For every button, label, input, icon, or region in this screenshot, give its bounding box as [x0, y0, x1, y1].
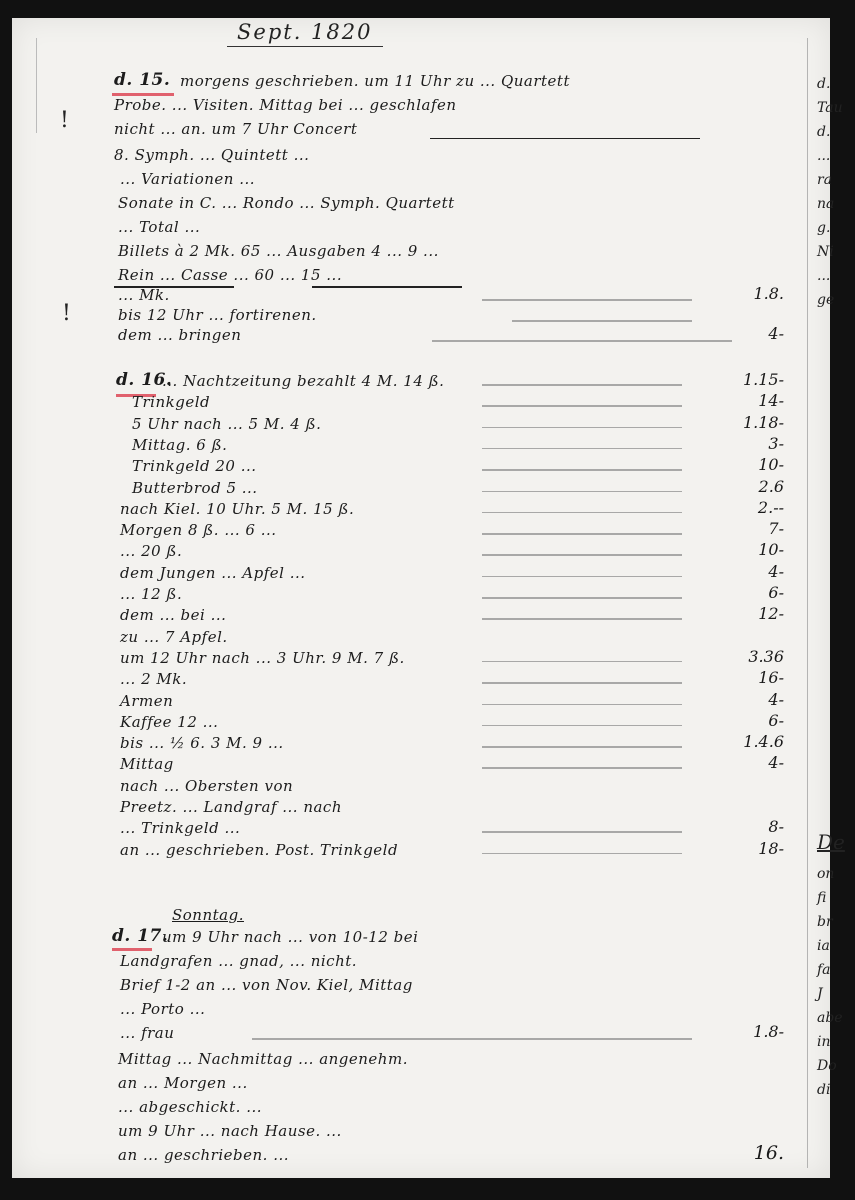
entry-item: Trinkgeld 20 ...: [132, 457, 257, 475]
entry-amount: 3.36: [748, 647, 784, 666]
entry-item: Trinkgeld: [132, 393, 210, 411]
entry-line: ... Total ...: [118, 218, 200, 236]
entry-item: um 12 Uhr nach ... 3 Uhr. 9 M. 7 ß.: [120, 649, 405, 667]
leader-line: [482, 853, 682, 855]
right-margin-word: Ni: [817, 244, 834, 260]
entry-amount: 4-: [768, 690, 784, 709]
entry-line: ... Porto ...: [120, 1000, 205, 1018]
entry-amount: 16.: [754, 1142, 784, 1164]
leader-line: [482, 704, 682, 706]
entry-item: Armen: [120, 692, 173, 710]
entry-item: Mittag: [120, 755, 174, 773]
entry-item: bis ... ½ 6. 3 M. 9 ...: [120, 734, 284, 752]
entry-item: dem ... bei ...: [120, 606, 226, 624]
red-underline: [112, 948, 152, 951]
entry-amount: 4-: [768, 324, 784, 343]
entry-item: Mittag. 6 ß.: [132, 436, 227, 454]
right-margin-word: d.: [817, 124, 830, 140]
entry-line: um 9 Uhr ... nach Hause. ...: [118, 1122, 342, 1140]
leader-line: [482, 725, 682, 727]
right-margin-word: d.: [817, 76, 830, 92]
entry-amount: 8-: [768, 817, 784, 836]
entry-amount: 12-: [758, 604, 784, 623]
entry-amount: 10-: [758, 455, 784, 474]
entry-line: morgens geschrieben. um 11 Uhr zu ... Qu…: [180, 72, 570, 90]
entry-amount: 4-: [768, 753, 784, 772]
page-title: Sept. 1820: [227, 20, 383, 47]
right-margin-word: ia: [817, 938, 830, 954]
entry-line: 8. Symph. ... Quintett ...: [114, 146, 309, 164]
right-margin-heading: De: [817, 830, 845, 854]
entry-item: bis 12 Uhr ... fortirenen.: [118, 306, 317, 324]
leader-line: [482, 597, 682, 599]
entry-line: nicht ... an. um 7 Uhr Concert: [114, 120, 357, 138]
entry-amount: 14-: [758, 391, 784, 410]
entry-line: Mittag ... Nachmittag ... angenehm.: [118, 1050, 408, 1068]
leader-line: [482, 384, 682, 386]
entry-amount: 18-: [758, 839, 784, 858]
entry-item: ... 20 ß.: [120, 542, 182, 560]
entry-item: Kaffee 12 ...: [120, 713, 218, 731]
leader-line: [512, 320, 692, 322]
leader-line: [482, 448, 682, 450]
entry-amount: 7-: [768, 519, 784, 538]
entry-item: ... 2 Mk.: [120, 670, 187, 688]
right-margin-word: fi: [817, 890, 826, 906]
entry-item: nach ... Obersten von: [120, 777, 293, 795]
entry-item: 5 Uhr nach ... 5 M. 4 ß.: [132, 415, 321, 433]
leader-line: [482, 469, 682, 471]
entry-item: zu ... 7 Apfel.: [120, 628, 228, 646]
entry-amount: 6-: [768, 583, 784, 602]
entry-amount: 16-: [758, 668, 784, 687]
leader-line: [482, 512, 682, 514]
entry-amount: 6-: [768, 711, 784, 730]
entry-line: Landgrafen ... gnad, ... nicht.: [120, 952, 357, 970]
entry-amount: 2.6: [759, 477, 784, 496]
entry-item: dem ... bringen: [118, 326, 241, 344]
entry-item: Morgen 8 ß. ... 6 ...: [120, 521, 277, 539]
entry-date: d. 17.: [112, 926, 168, 946]
leader-line: [432, 340, 732, 342]
entry-amount: 1.4.6: [743, 732, 784, 751]
entry-item: ... Nachtzeitung bezahlt 4 M. 14 ß.: [162, 372, 444, 390]
leader-line: [482, 405, 682, 407]
leader-line: [482, 554, 682, 556]
leader-line: [482, 767, 682, 769]
entry-item: nach Kiel. 10 Uhr. 5 M. 15 ß.: [120, 500, 354, 518]
day-label: Sonntag.: [172, 906, 244, 924]
entry-line: Billets à 2 Mk. 65 ... Ausgaben 4 ... 9 …: [118, 242, 439, 260]
entry-amount: 2.--: [758, 498, 784, 517]
right-margin-word: fa: [817, 962, 831, 978]
leader-line: [482, 682, 682, 684]
entry-amount: 1.18-: [743, 413, 784, 432]
right-margin-word: di: [817, 1082, 830, 1098]
entry-item: dem Jungen ... Apfel ...: [120, 564, 306, 582]
manuscript-page: Sept. 1820 ! ! d. 15. morgens geschriebe…: [12, 18, 830, 1178]
right-margin-word: Do: [817, 1058, 837, 1074]
margin-exclamation: !: [60, 108, 69, 133]
entry-line: an ... Morgen ...: [118, 1074, 248, 1092]
right-margin-word: ra: [817, 172, 832, 188]
entry-line: ... Variationen ...: [120, 170, 255, 188]
entry-date: d. 15.: [114, 70, 170, 90]
double-underline: [312, 286, 462, 288]
entry-line: an ... geschrieben. ...: [118, 1146, 289, 1164]
margin-exclamation: !: [62, 301, 71, 326]
right-margin-word: J: [817, 986, 823, 1002]
right-margin-word: ...: [817, 148, 830, 164]
entry-amount: 1.8-: [753, 1022, 784, 1041]
right-margin-word: br: [817, 914, 833, 930]
entry-item: Butterbrod 5 ...: [132, 479, 258, 497]
page-edge-line: [36, 38, 37, 133]
entry-amount: 10-: [758, 540, 784, 559]
leader-line: [252, 1038, 692, 1040]
right-margin-word: in: [817, 1034, 831, 1050]
leader-line: [482, 831, 682, 833]
entry-line: Brief 1-2 an ... von Nov. Kiel, Mittag: [120, 976, 413, 994]
double-underline: [430, 138, 700, 142]
entry-item: ... Trinkgeld ...: [120, 819, 240, 837]
right-margin-word: g.: [817, 220, 830, 236]
entry-line: ... frau: [120, 1024, 174, 1042]
margin-line: [807, 38, 808, 1168]
right-margin-word: ...: [817, 268, 830, 284]
entry-line: Sonate in C. ... Rondo ... Symph. Quarte…: [118, 194, 455, 212]
entry-amount: 1.15-: [743, 370, 784, 389]
entry-line: Rein ... Casse ... 60 ... 15 ...: [118, 266, 342, 284]
entry-amount: 4-: [768, 562, 784, 581]
entry-item: an ... geschrieben. Post. Trinkgeld: [120, 841, 398, 859]
leader-line: [482, 299, 692, 301]
right-margin-word: ge: [817, 292, 834, 308]
right-margin-word: na: [817, 196, 834, 212]
leader-line: [482, 661, 682, 663]
leader-line: [482, 427, 682, 429]
leader-line: [482, 491, 682, 493]
entry-line: ... abgeschickt. ...: [118, 1098, 262, 1116]
right-margin-word: Tau: [817, 100, 843, 116]
leader-line: [482, 533, 682, 535]
entry-line: um 9 Uhr nach ... von 10-12 bei: [162, 928, 418, 946]
leader-line: [482, 576, 682, 578]
right-margin-word: abe: [817, 1010, 843, 1026]
leader-line: [482, 618, 682, 620]
entry-line: Probe. ... Visiten. Mittag bei ... gesch…: [114, 96, 457, 114]
entry-item: ... Mk.: [118, 286, 170, 304]
leader-line: [482, 746, 682, 748]
entry-amount: 1.8.: [753, 284, 784, 303]
right-margin-word: on: [817, 866, 834, 882]
entry-item: Preetz. ... Landgraf ... nach: [120, 798, 342, 816]
entry-amount: 3-: [768, 434, 784, 453]
entry-item: ... 12 ß.: [120, 585, 182, 603]
